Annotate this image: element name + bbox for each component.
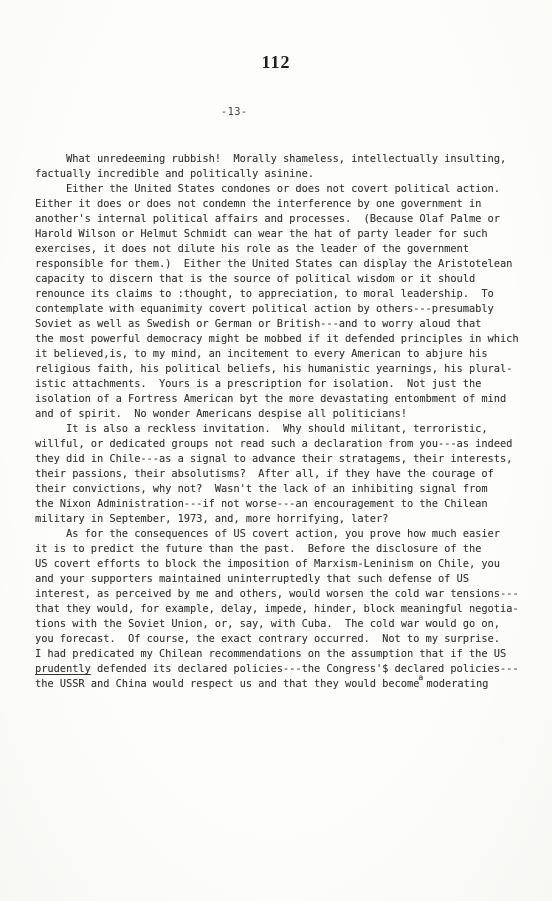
text-line: their passions, their absolutisms? After… [35,467,535,482]
text-line: willful, or dedicated groups not read su… [35,437,535,452]
text-line: their convictions, why not? Wasn't the l… [35,482,535,497]
text-line: the most powerful democracy might be mob… [35,332,535,347]
text-line: another's internal political affairs and… [35,212,535,227]
text-line: it believed,is, to my mind, an incitemen… [35,347,535,362]
text-line: It is also a reckless invitation. Why sh… [35,422,535,437]
text-line: they did in Chile---as a signal to advan… [35,452,535,467]
text-line: the USSR and China would respect us and … [35,677,535,692]
text-line: capacity to discern that is the source o… [35,272,535,287]
text-line: Either it does or does not condemn the i… [35,197,535,212]
text-line: Harold Wilson or Helmut Schmidt can wear… [35,227,535,242]
text-line: that they would, for example, delay, imp… [35,602,535,617]
text-line: istic attachments. Yours is a prescripti… [35,377,535,392]
text-line: As for the consequences of US covert act… [35,527,535,542]
text-line: interest, as perceived by me and others,… [35,587,535,602]
overstrike-char: a [418,673,423,682]
text-line: What unredeeming rubbish! Morally shamel… [35,152,535,167]
text-line: and your supporters maintained uninterru… [35,572,535,587]
text-line: tions with the Soviet Union, or, say, wi… [35,617,535,632]
letter-body: What unredeeming rubbish! Morally shamel… [35,152,535,692]
text-line: renounce its claims to :thought, to appr… [35,287,535,302]
typed-page-number: -13- [221,106,247,118]
text-line: I had predicated my Chilean recommendati… [35,647,535,662]
text-line: you forecast. Of course, the exact contr… [35,632,535,647]
text-line: prudently defended its declared policies… [35,662,535,677]
text-line: responsible for them.) Either the United… [35,257,535,272]
text-line: Soviet as well as Swedish or German or B… [35,317,535,332]
printed-page-number: 112 [0,52,552,73]
text-line: Either the United States condones or doe… [35,182,535,197]
text-line: factually incredible and politically asi… [35,167,535,182]
text-line: and of spirit. No wonder Americans despi… [35,407,535,422]
text-line: exercises, it does not dilute his role a… [35,242,535,257]
text-line: US covert efforts to block the impositio… [35,557,535,572]
text-line: military in September, 1973, and, more h… [35,512,535,527]
text-line: isolation of a Fortress American byt the… [35,392,535,407]
text-line: the Nixon Administration---if not worse-… [35,497,535,512]
text-line: it is to predict the future than the pas… [35,542,535,557]
document-page: 112 -13- What unredeeming rubbish! Moral… [0,0,552,901]
text-line: contemplate with equanimity covert polit… [35,302,535,317]
text-line: religious faith, his political beliefs, … [35,362,535,377]
